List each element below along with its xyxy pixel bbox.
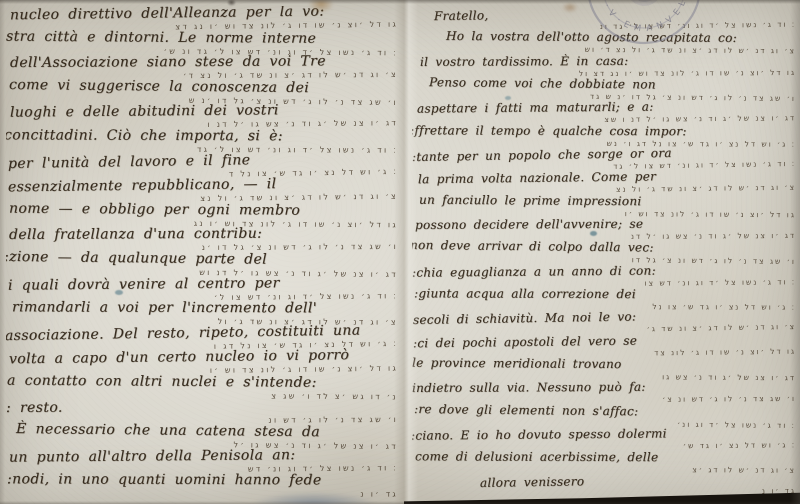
manuscript-text: stra città e dintorni. Le norme interne bbox=[6, 29, 398, 47]
manuscript-text: :ffrettare il tempo è qualche cosa impor… bbox=[412, 124, 796, 138]
manuscript-line: stra città e dintorni. Le norme interne׃… bbox=[6, 29, 398, 56]
manuscript-line: Ho la vostra dell'otto agosto recapitata… bbox=[412, 30, 796, 56]
manuscript-photo: nucleo direttivo dell'Alleanza per la vo… bbox=[0, 0, 800, 504]
manuscript-text: : resto. bbox=[6, 398, 398, 415]
manuscript-text: :nodi, in uno quanti uomini hanno fede bbox=[7, 473, 398, 489]
manuscript-line: nome — e obbligo per ogni membroגו דל ׳ו… bbox=[6, 201, 398, 228]
photo-edge-left bbox=[0, 0, 5, 504]
manuscript-line: un fanciullo le prime impressioniגו דל ׳… bbox=[412, 193, 796, 219]
manuscript-text: nome — e obbligo per ogni membro bbox=[9, 201, 398, 219]
manuscript-text: come di delusioni acerbissime, delle bbox=[415, 451, 796, 465]
manuscript-text: un punto all'altro della Penisola an: bbox=[9, 447, 398, 465]
manuscript-text: un fanciullo le prime impressioni bbox=[419, 193, 796, 209]
manuscript-text: le province meridionali trovano bbox=[412, 357, 796, 373]
manuscript-text: i quali dovrà venire al centro per bbox=[8, 275, 398, 293]
manuscript-text: a contatto con altri nuclei e s'intende: bbox=[7, 374, 398, 392]
manuscript-text: il vostro tardissimo. È in casa: bbox=[420, 54, 796, 69]
right-page: Fratello,׃ וד ג׳ נשו צל ׳ד וג ונ׳ דש צו … bbox=[412, 8, 796, 498]
manuscript-line: :re dove gli elementi non s'affac:׃ וד ג… bbox=[412, 403, 796, 430]
manuscript-text: rimandarli a voi per l'incremento dell' bbox=[12, 300, 398, 316]
manuscript-line: concittadini. Ciò che importa, si è:׃ וד… bbox=[6, 128, 398, 154]
manuscript-line: come di delusioni acerbissime, delleצ׳ ו… bbox=[412, 451, 796, 476]
manuscript-line: allora venisseroגד ׳ו נ bbox=[412, 472, 796, 498]
manuscript-line: le province meridionali trovanoדג ׳ו צנ … bbox=[412, 357, 796, 383]
manuscript-line: È necessario che una catena stesa daדג ׳… bbox=[6, 422, 398, 451]
manuscript-text: possono decidere dell'avvenire; se bbox=[415, 217, 796, 232]
photo-edge-top bbox=[0, 0, 800, 4]
manuscript-line: non deve arrivar di colpo dalla vec:ו׳ ש… bbox=[412, 239, 796, 266]
manuscript-line: luoghi e delle abitudini dei vostriדג ׳ו… bbox=[6, 103, 398, 131]
manuscript-text: della fratellanza d'una contribu: bbox=[9, 226, 398, 243]
left-page: nucleo direttivo dell'Alleanza per la vo… bbox=[6, 6, 398, 498]
manuscript-line: a contatto con altri nuclei e s'intende:… bbox=[6, 374, 398, 401]
manuscript-text: dell'Associazione siano stese da voi Tre bbox=[10, 54, 398, 71]
manuscript-text: :giunta acqua alla correzione dei bbox=[414, 287, 796, 301]
manuscript-text: concittadini. Ciò che importa, si è: bbox=[6, 128, 398, 144]
bottom-smudge bbox=[252, 492, 376, 504]
manuscript-text: indietro sulla via. Nessuno può fa: bbox=[412, 380, 796, 395]
manuscript-line: aspettare i fatti ma maturarli; e a:דג ׳… bbox=[412, 100, 796, 127]
manuscript-line: :zione — da qualunque parte delדג ׳ו צנ … bbox=[6, 250, 398, 279]
